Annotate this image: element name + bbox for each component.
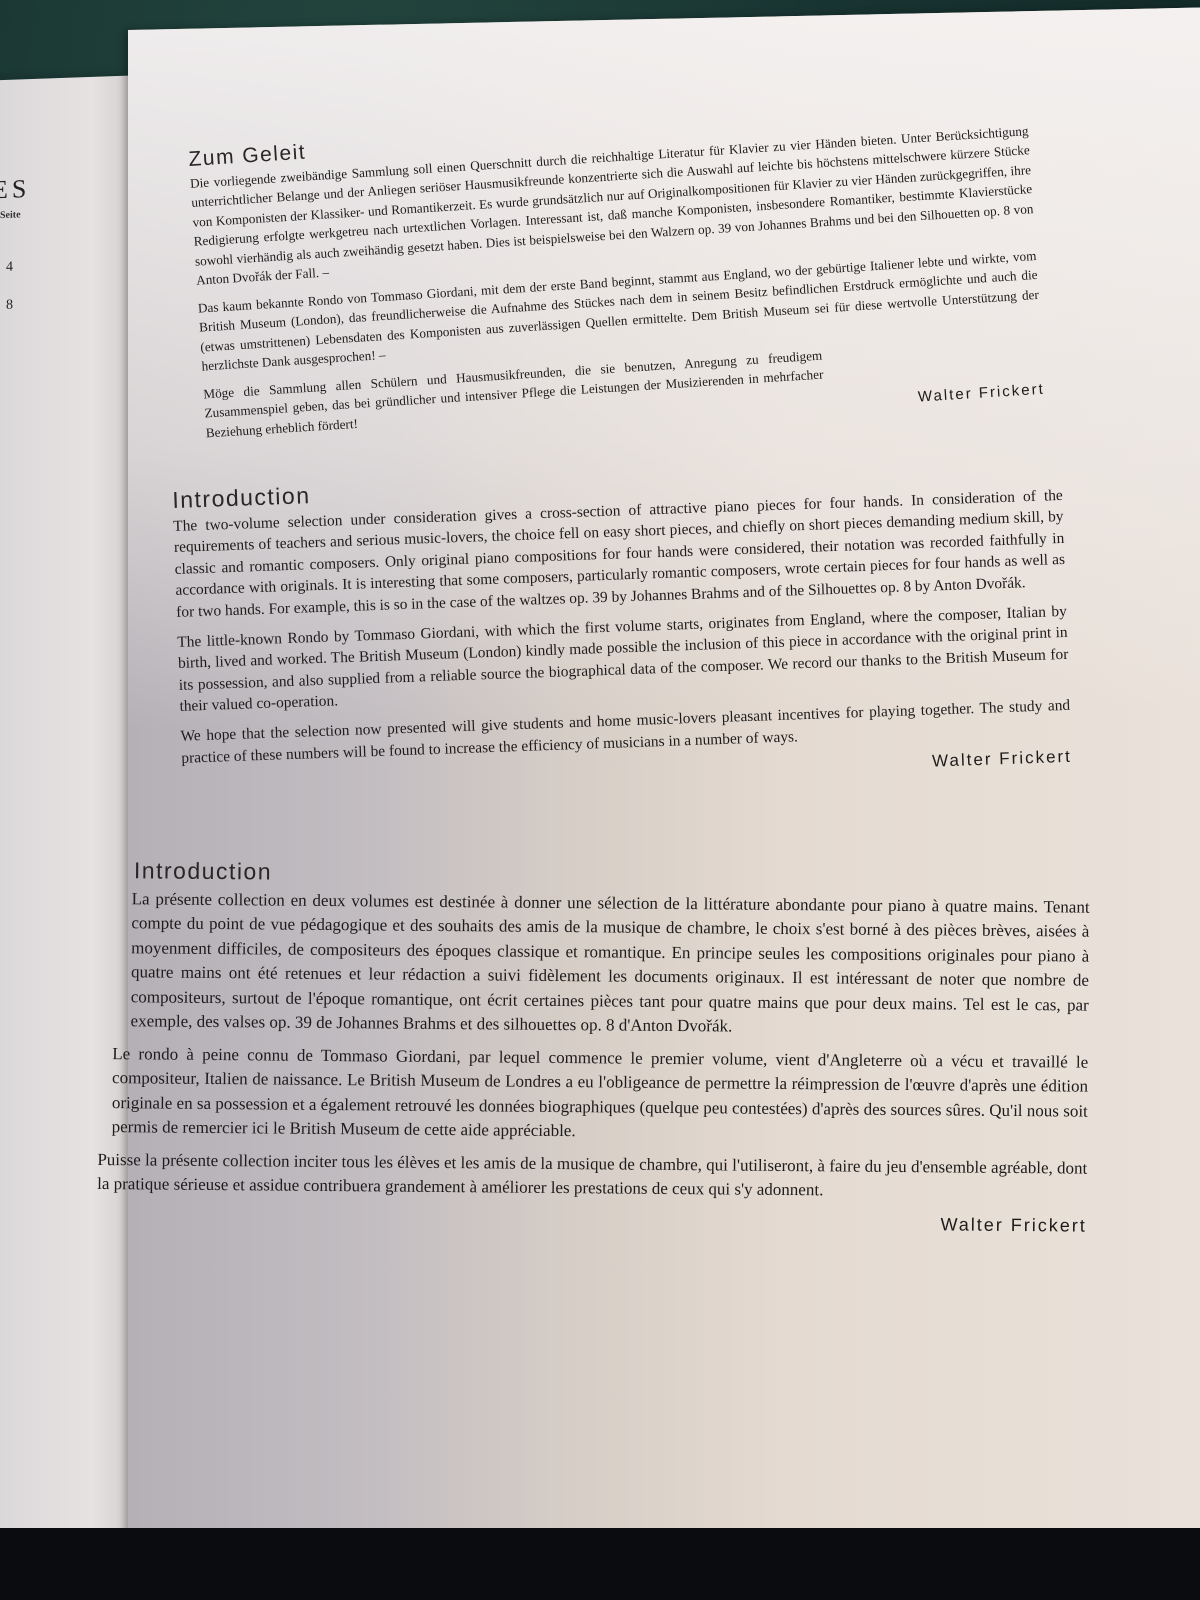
toc-page-number: 8 [6,298,13,314]
toc-column-label: Seite [0,209,21,221]
paragraph: Puisse la présente collection inciter to… [97,1147,1087,1205]
paragraph: Le rondo à peine connu de Tommaso Giorda… [98,1041,1089,1148]
left-facing-page: ES Seite 4 8 [0,75,140,1541]
background-surface [0,1528,1200,1600]
section-german: Zum Geleit Die vorliegende zweibändige S… [188,97,1045,452]
section-english: Introduction The two-volume selection un… [172,459,1072,799]
paragraph: La présente collection en deux volumes e… [98,886,1089,1042]
section-french: Introduction La présente collection en d… [97,858,1090,1238]
toc-page-number: 4 [6,260,13,276]
toc-heading-fragment: ES [0,174,30,205]
